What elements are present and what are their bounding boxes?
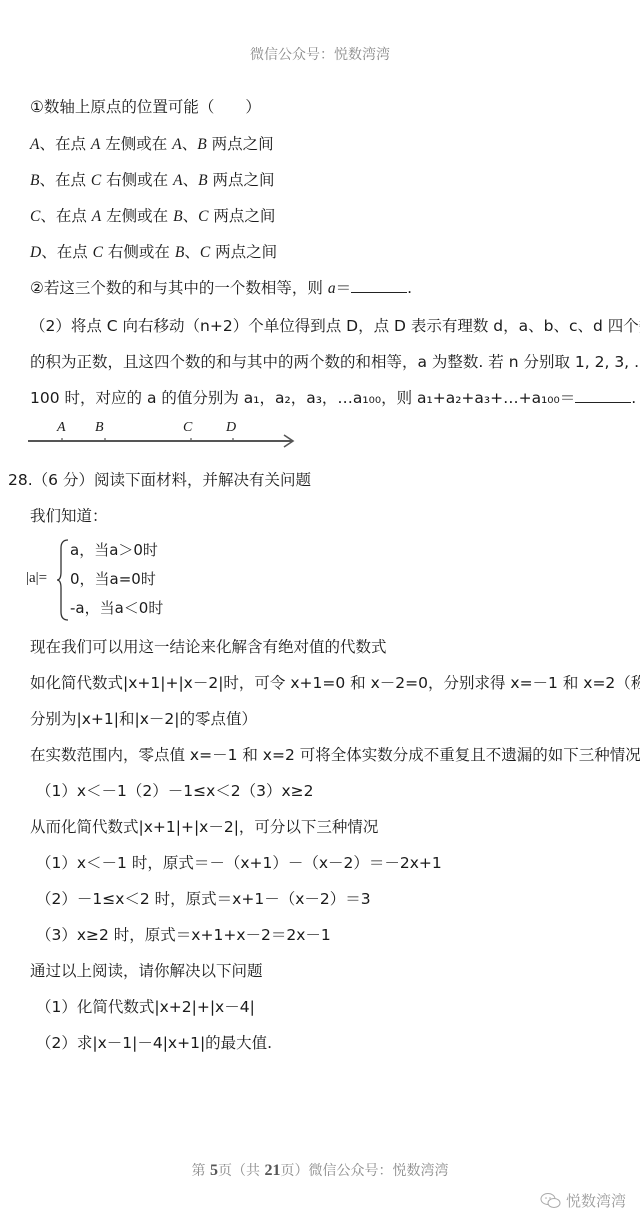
- point-label-a: A: [57, 420, 66, 436]
- we-know-text: 我们知道：: [30, 506, 108, 526]
- line-cases: （1）x＜－1（2）－1≤x＜2（3）x≥2: [36, 781, 314, 801]
- number-line-figure: A B C D: [24, 418, 304, 450]
- q27-part2-question: ②若这三个数的和与其中的一个数相等，则 a＝.: [30, 278, 412, 299]
- case-positive: a，当a＞0时: [70, 540, 158, 560]
- point-label-d: D: [226, 420, 236, 436]
- line-range: 在实数范围内，零点值 x=－1 和 x=2 可将全体实数分成不重复且不遗漏的如下…: [30, 745, 640, 765]
- header-watermark: 微信公众号：悦数湾湾: [0, 44, 640, 64]
- solution-case-1: （1）x＜－1 时，原式＝－（x+1）－（x－2）＝－2x+1: [36, 853, 442, 873]
- wechat-icon: [540, 1192, 562, 1210]
- line-example-1: 如化简代数式|x+1|+|x－2|时，可令 x+1=0 和 x－2=0，分别求得…: [30, 673, 640, 693]
- line-thus: 从而化简代数式|x+1|+|x－2|，可分以下三种情况: [30, 817, 378, 837]
- case-negative: -a，当a＜0时: [70, 598, 163, 618]
- solution-case-3: （3）x≥2 时，原式＝x+1+x－2＝2x－1: [36, 925, 331, 945]
- solution-case-2: （2）－1≤x＜2 时，原式＝x+1－（x－2）＝3: [36, 889, 371, 909]
- number-line: [24, 418, 304, 450]
- q27-sub2-line3: 100 时，对应的 a 的值分别为 a₁，a₂，a₃，…a₁₀₀，则 a₁+a₂…: [30, 388, 636, 408]
- q27-sub2-line1: （2）将点 C 向右移动（n+2）个单位得到点 D，点 D 表示有理数 d，a、…: [30, 316, 640, 336]
- option-b: B、在点 C 右侧或在 A、B 两点之间: [30, 170, 275, 191]
- line-read: 通过以上阅读，请你解决以下问题: [30, 961, 263, 981]
- answer-blank: [351, 278, 407, 293]
- brand-watermark: 悦数湾湾: [540, 1190, 626, 1211]
- option-a: A、在点 A 左侧或在 A、B 两点之间: [30, 134, 274, 155]
- page-total: 21: [264, 1162, 280, 1179]
- page-number: 5: [210, 1162, 218, 1179]
- q28-title: 28.（6 分）阅读下面材料，并解决有关问题: [8, 470, 311, 490]
- task-1: （1）化简代数式|x+2|+|x－4|: [36, 997, 255, 1017]
- option-c: C、在点 A 左侧或在 B、C 两点之间: [30, 206, 275, 227]
- abs-definition: |a|= a，当a＞0时 0，当a=0时 -a，当a＜0时: [26, 538, 206, 622]
- task-2: （2）求|x－1|－4|x+1|的最大值.: [36, 1033, 272, 1053]
- answer-blank: [575, 388, 631, 403]
- q27-part1-question: ①数轴上原点的位置可能（ ）: [30, 97, 261, 117]
- option-d: D、在点 C 右侧或在 B、C 两点之间: [30, 242, 277, 263]
- line-example-2: 分别为|x+1|和|x－2|的零点值）: [30, 709, 257, 729]
- line-now: 现在我们可以用这一结论来化解含有绝对值的代数式: [30, 637, 387, 657]
- point-label-b: B: [95, 420, 104, 436]
- point-label-c: C: [183, 420, 192, 436]
- case-zero: 0，当a=0时: [70, 569, 156, 589]
- left-brace: [56, 538, 70, 622]
- abs-lhs: |a|=: [26, 570, 47, 587]
- q27-sub2-line2: 的积为正数，且这四个数的和与其中的两个数的和相等，a 为整数. 若 n 分别取 …: [30, 352, 640, 372]
- page-footer: 第 5页（共 21页）微信公众号：悦数湾湾: [0, 1160, 640, 1180]
